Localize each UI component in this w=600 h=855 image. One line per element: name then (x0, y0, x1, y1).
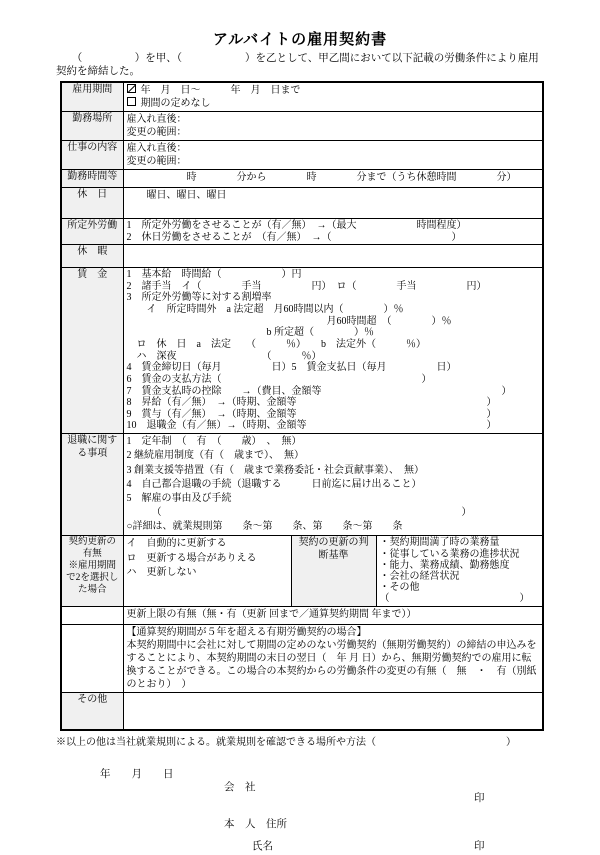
content-work-hours: 時 分から 時 分まで（うち休憩時間 分） (123, 169, 543, 187)
row-overtime: 所定外労働 1 所定外労働をさせることが（有／無） →（最大 時間程度） 2 休… (61, 218, 543, 244)
row-five-year-rule: 【通算契約期間が５年を超える有期労働契約の場合】 本契約期間中に会社に対して期間… (61, 624, 543, 692)
content-five-year-rule: 【通算契約期間が５年を超える有期労働契約の場合】 本契約期間中に会社に対して期間… (123, 624, 543, 692)
label-leave: 休 暇 (61, 245, 123, 268)
content-work-place: 雇入れ直後： 変更の範囲： (123, 111, 543, 140)
criteria-other-blank: （ ） (380, 593, 540, 604)
company-seal-mark: 印 (474, 790, 485, 805)
job-content-initial: 雇入れ直後： (127, 142, 540, 155)
retirement-line-1: 1 定年制 （ 有 （ 歳） 、 無） (127, 435, 540, 449)
label-renewal-limit-empty (61, 606, 123, 624)
job-content-scope: 変更の範囲： (127, 155, 540, 168)
employment-period-no-term: 期間の定めなし (141, 98, 211, 109)
work-place-scope: 変更の範囲： (127, 126, 540, 139)
criteria-progress: ・従事している業務の進捗状況 (380, 549, 540, 560)
content-holidays: 曜日、曜日、曜日 (123, 187, 543, 218)
person-address-label: 本 人 住所 (224, 816, 287, 831)
content-other (123, 692, 543, 730)
holidays-line: 曜日、曜日、曜日 (127, 189, 540, 202)
wage-line-6: b 所定超（ ）％ (127, 327, 540, 339)
empty-checkbox-icon[interactable] (127, 97, 136, 106)
content-renewal-options: イ 自動的に更新する ロ 更新する場合がありえる ハ 更新しない (123, 536, 291, 606)
row-holidays: 休 日 曜日、曜日、曜日 (61, 187, 543, 218)
row-job-content: 仕事の内容 雇入れ直後： 変更の範囲： (61, 140, 543, 169)
wage-line-2: 2 諸手当 イ（ 手当 円） ロ（ 手当 円） (127, 281, 540, 293)
criteria-workload: ・契約期間満了時の業務量 (380, 537, 540, 548)
row-work-hours: 勤務時間等 時 分から 時 分まで（うち休憩時間 分） (61, 169, 543, 187)
content-leave (123, 245, 543, 268)
rules-footnote: ※以上の他は当社就業規則による。就業規則を確認できる場所や方法（ ） (56, 733, 600, 748)
label-renewal: 契約更新の有無 ※雇用期間で2を選択した場合 (61, 536, 123, 606)
retirement-line-2: 2 継続雇用制度（有（ 歳まで）、 無） (127, 449, 540, 463)
retirement-line-4: 4 自己都合退職の手続（退職する 日前迄に届け出ること） (127, 478, 540, 492)
checked-checkbox-icon[interactable] (127, 84, 136, 93)
retirement-line-6: （ ） (127, 506, 540, 520)
signature-block: 年 月 日 会 社 印 本 人 住所 氏名 印 (0, 758, 600, 855)
label-work-hours: 勤務時間等 (61, 169, 123, 187)
row-other: その他 (61, 692, 543, 730)
label-five-year-empty (61, 624, 123, 692)
criteria-company: ・会社の経営状況 (380, 571, 540, 582)
wage-line-5: 月60時間超 （ ）％ (127, 316, 540, 328)
wage-line-3: 3 所定外労働等に対する割増率 (127, 292, 540, 304)
label-employment-period: 雇用期間 (61, 82, 123, 112)
criteria-ability: ・能力、業務成績、勤務態度 (380, 560, 540, 571)
renewal-option-auto: イ 自動的に更新する (127, 537, 288, 552)
company-label: 会 社 (224, 779, 256, 794)
renewal-limit-line: 更新上限の有無（無・有（更新 回まで／通算契約期間 年まで）） (127, 608, 540, 621)
work-place-initial: 雇入れ直後： (127, 113, 540, 126)
retirement-line-7: ○詳細は、就業規則第 条～第 条、第 条～第 条 (127, 520, 540, 534)
label-job-content: 仕事の内容 (61, 140, 123, 169)
person-name-label: 氏名 (252, 838, 273, 853)
signature-date-line: 年 月 日 (100, 766, 174, 781)
label-other: その他 (61, 692, 123, 730)
row-wages: 賃 金 1 基本給 時間給（ ）円 2 諸手当 イ（ 手当 円） ロ（ 手当 円… (61, 268, 543, 434)
intro-text: （ ）を甲、（ ）を乙として、甲乙間において以下記載の労働条件により雇用契約を締… (56, 52, 544, 79)
label-overtime: 所定外労働 (61, 218, 123, 244)
label-work-place: 勤務場所 (61, 111, 123, 140)
employment-period-dates: 年 月 日～ 年 月 日まで (141, 85, 301, 96)
wage-line-4: イ 所定時間外 a 法定超 月60時間以内（ ）％ (127, 304, 540, 316)
label-wages: 賃 金 (61, 268, 123, 434)
retirement-line-3: 3 創業支援等措置（有（ 歳まで業務委託・社会貢献事業）、 無） (127, 464, 540, 478)
wage-line-10: 6 賃金の支払方法（ ） (127, 374, 540, 386)
wage-line-13: 9 賞与（有／無） →（時期、金額等 ） (127, 409, 540, 421)
five-year-body: 本契約期間中に会社に対して期間の定めのない労働契約（無期労働契約）の締結の申込み… (127, 639, 540, 691)
label-holidays: 休 日 (61, 187, 123, 218)
work-hours-line: 時 分から 時 分まで（うち休憩時間 分） (127, 171, 540, 184)
criteria-other: ・その他 (380, 582, 540, 593)
wage-line-9: 4 賃金締切日（毎月 日）5 賃金支払日（毎月 日） (127, 362, 540, 374)
row-renewal-limit: 更新上限の有無（無・有（更新 回まで／通算契約期間 年まで）） (61, 606, 543, 624)
wage-line-11: 7 賃金支払時の控除 →（費目、金額等 ） (127, 386, 540, 398)
row-work-place: 勤務場所 雇入れ直後： 変更の範囲： (61, 111, 543, 140)
label-retirement: 退職に関する事項 (61, 434, 123, 536)
content-employment-period: 年 月 日～ 年 月 日まで 期間の定めなし (123, 82, 543, 112)
renewal-option-no: ハ 更新しない (127, 566, 288, 581)
content-renewal-limit: 更新上限の有無（無・有（更新 回まで／通算契約期間 年まで）） (123, 606, 543, 624)
overtime-line-1: 1 所定外労働をさせることが（有／無） →（最大 時間程度） (127, 220, 540, 232)
wage-line-8: ハ 深夜 （ ％） (127, 351, 540, 363)
row-renewal: 契約更新の有無 ※雇用期間で2を選択した場合 イ 自動的に更新する ロ 更新する… (61, 536, 543, 606)
employment-period-option-fixed: 年 月 日～ 年 月 日まで (127, 84, 540, 97)
contract-table: 雇用期間 年 月 日～ 年 月 日まで 期間の定めなし 勤務場所 雇入れ直後： … (60, 81, 544, 731)
renewal-option-maybe: ロ 更新する場合がありえる (127, 552, 288, 567)
document-title: アルバイトの雇用契約書 (0, 28, 600, 49)
row-retirement: 退職に関する事項 1 定年制 （ 有 （ 歳） 、 無） 2 継続雇用制度（有（… (61, 434, 543, 536)
five-year-heading: 【通算契約期間が５年を超える有期労働契約の場合】 (127, 626, 540, 639)
wage-line-7: ロ 休 日 a 法定 （ ％） b 法定外（ ％） (127, 339, 540, 351)
employment-period-option-none: 期間の定めなし (127, 97, 540, 110)
wage-line-14: 10 退職金（有／無）→（時期、金額等 ） (127, 420, 540, 432)
row-employment-period: 雇用期間 年 月 日～ 年 月 日まで 期間の定めなし (61, 82, 543, 112)
row-leave: 休 暇 (61, 245, 543, 268)
wage-line-1: 1 基本給 時間給（ ）円 (127, 269, 540, 281)
contract-page: アルバイトの雇用契約書 （ ）を甲、（ ）を乙として、甲乙間において以下記載の労… (0, 0, 600, 855)
renewal-label-main: 契約更新の有無 (65, 537, 120, 561)
content-overtime: 1 所定外労働をさせることが（有／無） →（最大 時間程度） 2 休日労働をさせ… (123, 218, 543, 244)
retirement-line-5: 5 解雇の事由及び手続 (127, 492, 540, 506)
label-renewal-criteria: 契約の更新の判断基準 (291, 536, 376, 606)
person-seal-mark: 印 (474, 838, 485, 853)
overtime-line-2: 2 休日労働をさせることが （有／無） →（ ） (127, 232, 540, 244)
wage-line-12: 8 昇給（有／無） →（時期、金額等 ） (127, 397, 540, 409)
content-wages: 1 基本給 時間給（ ）円 2 諸手当 イ（ 手当 円） ロ（ 手当 円） 3 … (123, 268, 543, 434)
content-retirement: 1 定年制 （ 有 （ 歳） 、 無） 2 継続雇用制度（有（ 歳まで）、 無）… (123, 434, 543, 536)
content-renewal-criteria: ・契約期間満了時の業務量 ・従事している業務の進捗状況 ・能力、業務成績、勤務態… (376, 536, 543, 606)
content-job-content: 雇入れ直後： 変更の範囲： (123, 140, 543, 169)
renewal-label-note: ※雇用期間で2を選択した場合 (65, 561, 120, 597)
